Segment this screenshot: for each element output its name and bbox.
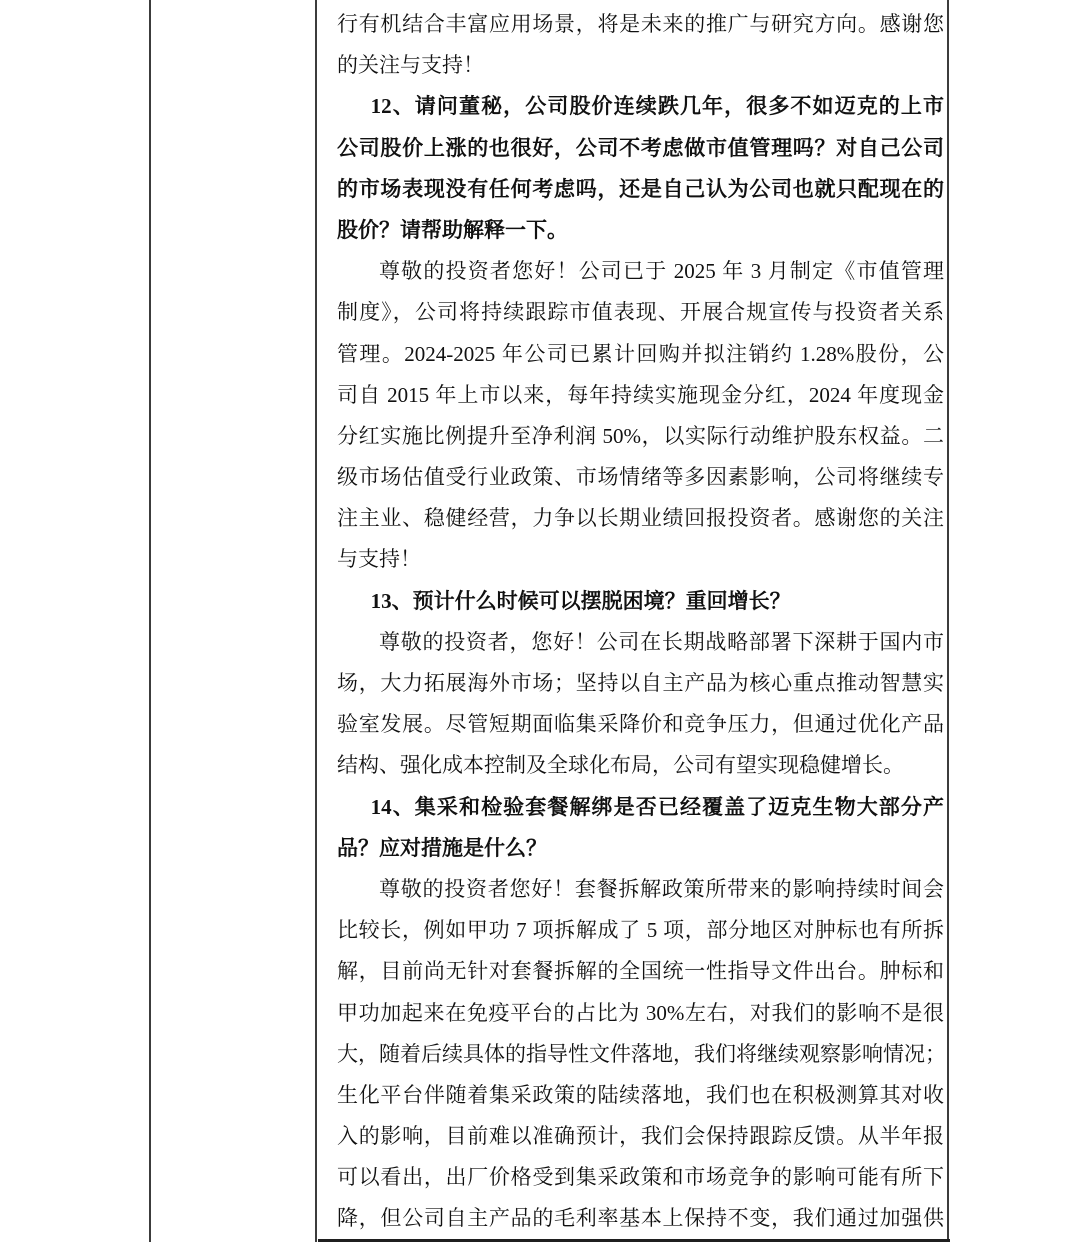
answer-paragraph: 尊敬的投资者您好！公司已于 2025 年 3 月制定《市值管理制度》，公司将持续…: [337, 251, 944, 581]
text-line: 股价？请帮助解释一下。: [337, 210, 944, 251]
text-line: 入的影响，目前难以准确预计，我们会保持跟踪反馈。从半年报: [337, 1116, 944, 1157]
text-line: 14、集采和检验套餐解绑是否已经覆盖了迈克生物大部分产: [337, 787, 944, 828]
text-line: 的关注与支持！: [337, 45, 944, 86]
text-line: 品？应对措施是什么？: [337, 828, 944, 869]
text-line: 司自 2015 年上市以来，每年持续实施现金分红，2024 年度现金: [337, 375, 944, 416]
text-line: 的市场表现没有任何考虑吗，还是自己认为公司也就只配现在的: [337, 169, 944, 210]
text-line: 级市场估值受行业政策、市场情绪等多因素影响，公司将继续专: [337, 457, 944, 498]
answer-paragraph: 尊敬的投资者，您好！公司在长期战略部署下深耕于国内市场，大力拓展海外市场；坚持以…: [337, 622, 944, 787]
text-line: 公司股价上涨的也很好，公司不考虑做市值管理吗？对自己公司: [337, 128, 944, 169]
text-line: 甲功加起来在免疫平台的占比为 30%左右，对我们的影响不是很: [337, 993, 944, 1034]
question-paragraph: 12、请问董秘，公司股价连续跌几年，很多不如迈克的上市公司股价上涨的也很好，公司…: [337, 86, 944, 251]
text-line: 尊敬的投资者您好！公司已于 2025 年 3 月制定《市值管理: [337, 251, 944, 292]
text-line: 尊敬的投资者，您好！公司在长期战略部署下深耕于国内市: [337, 622, 944, 663]
table-border-middle: [315, 0, 317, 1242]
text-line: 降，但公司自主产品的毛利率基本上保持不变，我们通过加强供: [337, 1198, 944, 1239]
qa-text-cell: 行有机结合丰富应用场景，将是未来的推广与研究方向。感谢您的关注与支持！12、请问…: [318, 0, 948, 1242]
text-line: 13、预计什么时候可以摆脱困境？重回增长？: [337, 581, 944, 622]
text-line: 注主业、稳健经营，力争以长期业绩回报投资者。感谢您的关注: [337, 498, 944, 539]
table-border-left: [149, 0, 151, 1242]
question-paragraph: 14、集采和检验套餐解绑是否已经覆盖了迈克生物大部分产品？应对措施是什么？: [337, 787, 944, 869]
answer-paragraph: 行有机结合丰富应用场景，将是未来的推广与研究方向。感谢您的关注与支持！: [337, 4, 944, 86]
text-line: 解，目前尚无针对套餐拆解的全国统一性指导文件出台。肿标和: [337, 951, 944, 992]
text-line: 行有机结合丰富应用场景，将是未来的推广与研究方向。感谢您: [337, 4, 944, 45]
text-line: 可以看出，出厂价格受到集采政策和市场竞争的影响可能有所下: [337, 1157, 944, 1198]
text-line: 制度》，公司将持续跟踪市值表现、开展合规宣传与投资者关系: [337, 292, 944, 333]
text-line: 验室发展。尽管短期面临集采降价和竞争压力，但通过优化产品: [337, 704, 944, 745]
text-line: 比较长，例如甲功 7 项拆解成了 5 项，部分地区对肿标也有所拆: [337, 910, 944, 951]
question-paragraph: 13、预计什么时候可以摆脱困境？重回增长？: [337, 581, 944, 622]
text-line: 分红实施比例提升至净利润 50%，以实际行动维护股东权益。二: [337, 416, 944, 457]
text-line: 12、请问董秘，公司股价连续跌几年，很多不如迈克的上市: [337, 86, 944, 127]
text-line: 大，随着后续具体的指导性文件落地，我们将继续观察影响情况；: [337, 1034, 944, 1075]
text-line: 场，大力拓展海外市场；坚持以自主产品为核心重点推动智慧实: [337, 663, 944, 704]
text-line: 管理。2024-2025 年公司已累计回购并拟注销约 1.28%股份，公: [337, 334, 944, 375]
text-line: 结构、强化成本控制及全球化布局，公司有望实现稳健增长。: [337, 745, 944, 786]
text-line: 生化平台伴随着集采政策的陆续落地，我们也在积极测算其对收: [337, 1075, 944, 1116]
answer-paragraph: 尊敬的投资者您好！套餐拆解政策所带来的影响持续时间会比较长，例如甲功 7 项拆解…: [337, 869, 944, 1240]
text-line: 与支持！: [337, 539, 944, 580]
document-page: 行有机结合丰富应用场景，将是未来的推广与研究方向。感谢您的关注与支持！12、请问…: [0, 0, 1080, 1242]
text-line: 尊敬的投资者您好！套餐拆解政策所带来的影响持续时间会: [337, 869, 944, 910]
